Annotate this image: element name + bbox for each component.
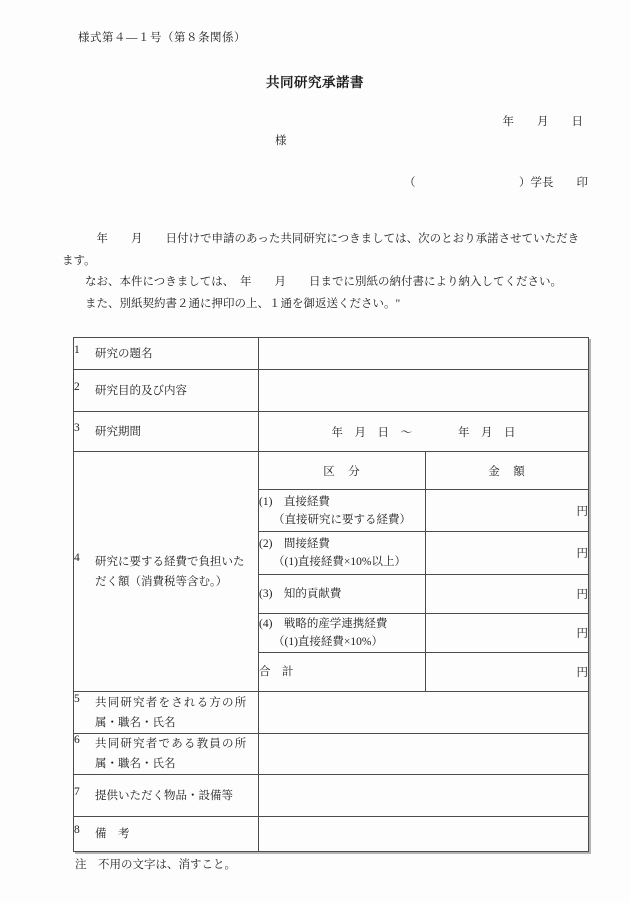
row-8-number: 8 xyxy=(74,824,95,836)
table-row: 2 研究目的及び内容 xyxy=(74,370,589,412)
row-7-label-cell: 7 提供いただく物品・設備等 xyxy=(74,775,259,817)
row-7-number: 7 xyxy=(74,786,95,798)
row-6-label-cell: 6 共同研究者である教員の所 属・職名・氏名 xyxy=(74,734,259,775)
table-row: 5 共同研究者をされる方の所 属・職名・氏名 xyxy=(74,692,589,734)
form-number: 様式第４―１号（第８条関係） xyxy=(78,29,246,45)
row-2-label: 研究目的及び内容 xyxy=(95,381,258,401)
row-5-label-line1: 共同研究者をされる方の所 xyxy=(95,693,258,713)
table-row: 8 備 考 xyxy=(74,817,589,852)
row-8-value-cell xyxy=(259,817,589,852)
cost-total-amount: 円 xyxy=(426,653,589,692)
table-row: 6 共同研究者である教員の所 属・職名・氏名 xyxy=(74,734,589,775)
row-6-label-line1: 共同研究者である教員の所 xyxy=(95,734,258,754)
document-title: 共同研究承諾書 xyxy=(0,71,630,91)
row-6-number: 6 xyxy=(74,734,95,746)
cost-item-4-amount: 円 xyxy=(426,614,589,653)
row-1-number: 1 xyxy=(74,344,95,356)
table-row: 1 研究の題名 xyxy=(74,338,589,370)
row-7-value-cell xyxy=(259,775,589,817)
row-6-label-line2: 属・職名・氏名 xyxy=(95,754,258,774)
cost-header-amount: 金 額 xyxy=(426,452,589,490)
cost-item-1-label: (1) 直接経費 （直接研究に要する経費） xyxy=(259,490,426,532)
row-6-value-cell xyxy=(259,734,589,775)
main-table: 1 研究の題名 2 研究目的及び内容 3 研究期間 年 xyxy=(73,337,589,852)
row-5-value-cell xyxy=(259,692,589,734)
body-line-3: なお、本件につきましては、 年 月 日までに別紙の納付書により納入してください。 xyxy=(62,272,592,294)
row-1-value-cell xyxy=(259,338,589,370)
row-4-label-line2: だく額（消費税等含む。） xyxy=(95,572,258,592)
table-row: 7 提供いただく物品・設備等 xyxy=(74,775,589,817)
row-1-label-cell: 1 研究の題名 xyxy=(74,338,259,370)
cost-item-2-amount: 円 xyxy=(426,532,589,575)
addressee-label: 様 xyxy=(275,132,287,148)
row-3-label: 研究期間 xyxy=(95,422,258,442)
body-line-1: 年 月 日付けで申請のあった共同研究につきましては、次のとおり承諾させていただき xyxy=(62,229,592,251)
date-line: 年 月 日 xyxy=(503,113,584,129)
footnote: 注 不用の文字は、消すこと。 xyxy=(75,856,236,872)
row-3-number: 3 xyxy=(74,422,95,434)
row-2-value-cell xyxy=(259,370,589,412)
row-5-number: 5 xyxy=(74,693,95,705)
body-line-2: ます。 xyxy=(62,251,592,273)
row-2-number: 2 xyxy=(74,381,95,393)
body-paragraph: 年 月 日付けで申請のあった共同研究につきましては、次のとおり承諾させていただき… xyxy=(62,229,592,316)
cost-item-4-label: (4) 戦略的産学連携経費 （(1)直接経費×10%） xyxy=(259,614,426,653)
row-2-label-cell: 2 研究目的及び内容 xyxy=(74,370,259,412)
row-7-label: 提供いただく物品・設備等 xyxy=(95,786,258,806)
row-4-label-line1: 研究に要する経費で負担いた xyxy=(95,552,258,572)
row-5-label-line2: 属・職名・氏名 xyxy=(95,713,258,733)
row-4-number: 4 xyxy=(74,552,95,564)
row-5-label-cell: 5 共同研究者をされる方の所 属・職名・氏名 xyxy=(74,692,259,734)
cost-header-category: 区 分 xyxy=(259,452,426,490)
row-1-label: 研究の題名 xyxy=(95,344,258,364)
body-line-4: また、別紙契約書２通に押印の上、１通を御返送ください。" xyxy=(62,294,592,316)
cost-item-1-amount: 円 xyxy=(426,490,589,532)
row-3-label-cell: 3 研究期間 xyxy=(74,412,259,452)
president-signature-line: （ ）学長 印 xyxy=(404,174,588,190)
table-row: 3 研究期間 年 月 日 ～ 年 月 日 xyxy=(74,412,589,452)
row-8-label-cell: 8 備 考 xyxy=(74,817,259,852)
cost-item-3-label: (3) 知的貢献費 xyxy=(259,575,426,614)
cost-total-label: 合 計 xyxy=(259,653,426,692)
document-page: 様式第４―１号（第８条関係） 共同研究承諾書 年 月 日 様 （ ）学長 印 年… xyxy=(0,0,630,903)
cost-item-3-amount: 円 xyxy=(426,575,589,614)
table-row: 4 研究に要する経費で負担いた だく額（消費税等含む。） 区 分 金 額 xyxy=(74,452,589,490)
row-8-label: 備 考 xyxy=(95,824,258,844)
cost-item-2-label: (2) 間接経費 （(1)直接経費×10%以上） xyxy=(259,532,426,575)
row-4-label-cell: 4 研究に要する経費で負担いた だく額（消費税等含む。） xyxy=(74,452,259,692)
row-3-research-period: 年 月 日 ～ 年 月 日 xyxy=(259,412,589,452)
